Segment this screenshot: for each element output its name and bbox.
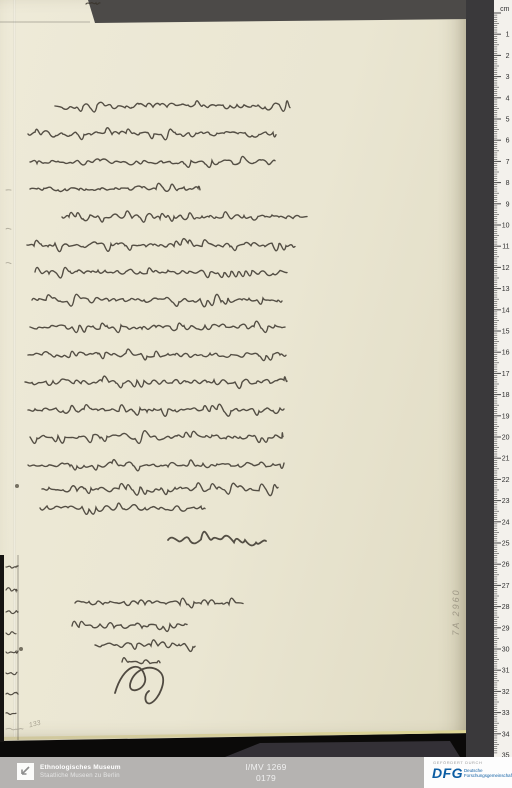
svg-text:29: 29 <box>502 625 510 632</box>
svg-text:11: 11 <box>502 244 509 251</box>
punch-hole <box>15 484 19 488</box>
ruler-svg: cm12345678910111213141516171819202122232… <box>494 0 512 757</box>
svg-text:2: 2 <box>506 53 510 60</box>
svg-text:22: 22 <box>502 477 510 484</box>
svg-text:19: 19 <box>502 413 510 420</box>
svg-text:cm: cm <box>500 6 510 13</box>
page-fold-crease <box>13 0 16 740</box>
svg-text:1: 1 <box>506 32 510 39</box>
svg-text:25: 25 <box>502 541 510 548</box>
svg-text:12: 12 <box>502 265 510 272</box>
document-scan-viewer: cm12345678910111213141516171819202122232… <box>0 0 512 788</box>
svg-text:15: 15 <box>502 329 510 336</box>
svg-text:17: 17 <box>502 371 510 378</box>
svg-text:31: 31 <box>502 668 510 675</box>
svg-text:14: 14 <box>502 307 510 314</box>
dfg-name-line2: Forschungsgemeinschaft <box>464 773 512 778</box>
svg-text:13: 13 <box>502 286 510 293</box>
svg-text:24: 24 <box>502 519 510 526</box>
svg-text:3: 3 <box>506 74 510 81</box>
svg-text:20: 20 <box>502 435 510 442</box>
pencil-shelfmark-annotation: 7A 2960 <box>451 562 465 662</box>
funding-logo-box: GEFÖRDERT DURCH DFG Deutsche Forschungsg… <box>424 757 512 788</box>
svg-text:27: 27 <box>502 583 510 590</box>
book-cradle-shadow <box>225 741 460 757</box>
svg-text:10: 10 <box>502 223 510 230</box>
svg-text:23: 23 <box>502 498 510 505</box>
photo-background-right <box>466 0 494 757</box>
svg-text:8: 8 <box>506 180 510 187</box>
viewer-footer: Ethnologisches Museum Staatliche Museen … <box>0 757 512 788</box>
letter-page <box>0 0 467 742</box>
stacked-page-edge <box>0 21 90 23</box>
svg-text:28: 28 <box>502 604 510 611</box>
svg-text:6: 6 <box>506 138 510 145</box>
dfg-full-name: Deutsche Forschungsgemeinschaft <box>464 768 512 778</box>
page-left-gap <box>0 555 4 742</box>
svg-text:33: 33 <box>502 710 510 717</box>
punch-hole <box>19 647 23 651</box>
svg-text:32: 32 <box>502 689 510 696</box>
dfg-logo: DFG <box>432 765 463 781</box>
svg-text:4: 4 <box>506 95 510 102</box>
svg-text:30: 30 <box>502 647 510 654</box>
svg-text:18: 18 <box>502 392 510 399</box>
svg-text:34: 34 <box>502 731 510 738</box>
measurement-ruler: cm12345678910111213141516171819202122232… <box>494 0 512 757</box>
svg-text:26: 26 <box>502 562 510 569</box>
svg-text:5: 5 <box>506 117 510 124</box>
svg-text:21: 21 <box>502 456 510 463</box>
svg-text:16: 16 <box>502 350 510 357</box>
svg-text:9: 9 <box>506 201 510 208</box>
svg-text:7: 7 <box>506 159 510 166</box>
